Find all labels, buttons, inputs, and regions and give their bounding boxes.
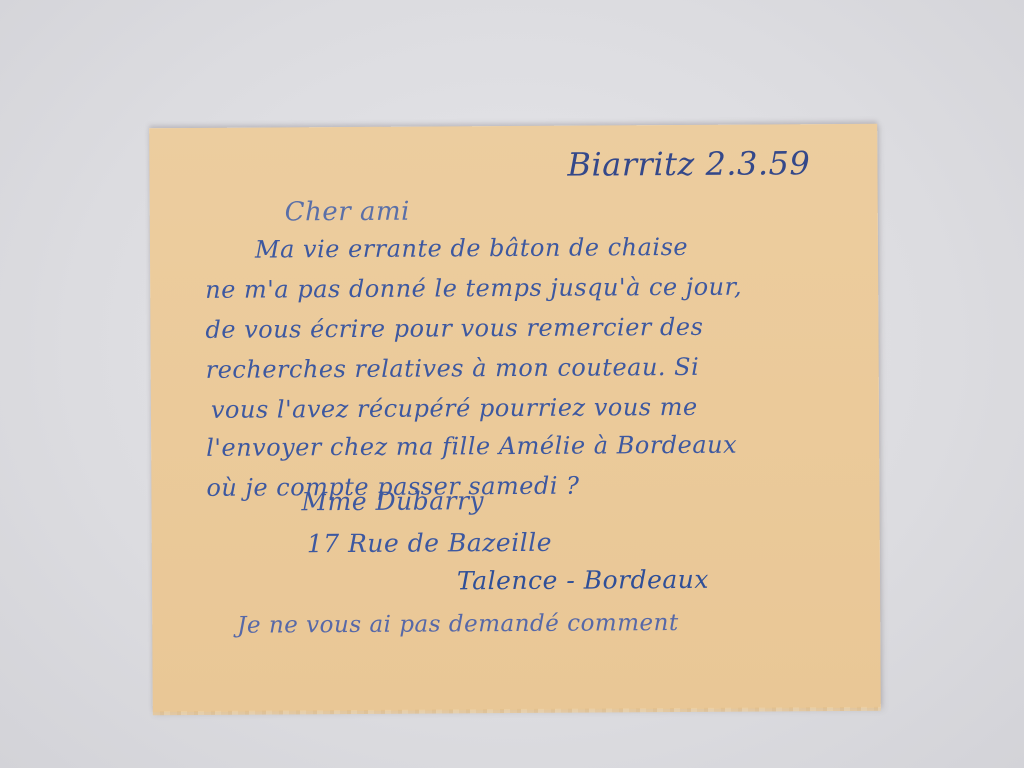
letter-body-line-5: vous l'avez récupéré pourriez vous me — [211, 393, 698, 424]
letter-body-line-4: recherches relatives à mon couteau. Si — [206, 353, 700, 384]
letter-body-line-2: ne m'a pas donné le temps jusqu'à ce jou… — [205, 273, 742, 304]
letter-salutation: Cher ami — [285, 197, 410, 228]
address-name: Mme Dubarry — [301, 486, 484, 516]
address-city: Talence - Bordeaux — [457, 565, 709, 596]
letter-postscript: Je ne vous ai pas demandé comment — [237, 610, 679, 639]
letter-place-date: Biarritz 2.3.59 — [567, 144, 810, 183]
letter-body-line-6: l'envoyer chez ma fille Amélie à Bordeau… — [206, 431, 737, 462]
letter-paper: Biarritz 2.3.59 Cher ami Ma vie errante … — [149, 124, 881, 712]
letter-body-line-3: de vous écrire pour vous remercier des — [205, 313, 703, 344]
letter-body-line-1: Ma vie errante de bâton de chaise — [255, 233, 688, 264]
address-street: 17 Rue de Bazeille — [307, 528, 552, 558]
